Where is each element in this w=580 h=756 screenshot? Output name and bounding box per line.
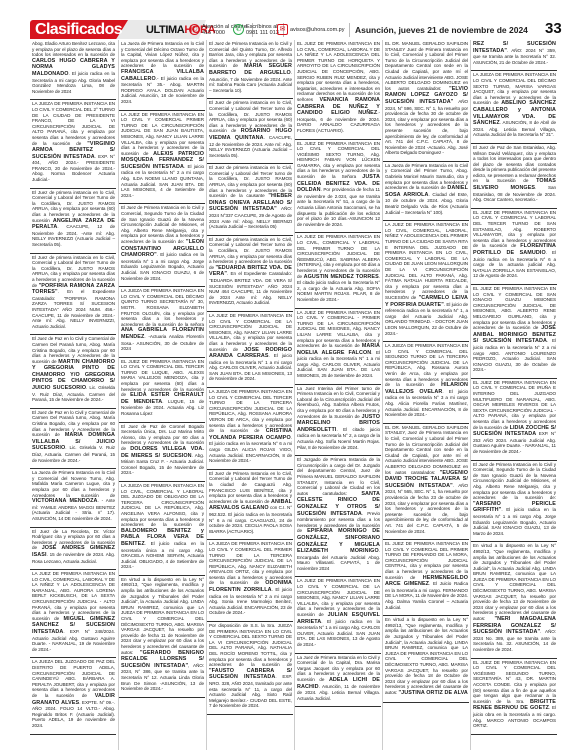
deceased-name: EPIFARIA MORINIGO DE GONZÁLEZ, SINFORIAN… [297,528,380,554]
notice-code [32,522,115,525]
column-5: EL DR. MANUEL GERALDO SAIFILDIN STANLEY … [382,40,469,750]
notice-code [385,336,468,339]
legal-notice: El Juez de primera instancia en lo Civil… [207,99,293,164]
legal-notice: REZ S/ SUCESIÓN INTESTADA". AÑO: 2024 N°… [471,40,557,71]
notice-text: En virtud a lo dispuesto en la Ley N° 49… [473,543,556,621]
legal-notice: LA JUEZ DE PRIMERA INSTANCIA EN LO CIVIL… [207,312,293,388]
notice-code [32,329,115,332]
notice-text: LA JUEZA DE PRIMERA INSTANCIA EN LO CIVI… [385,343,468,387]
notice-code [121,570,204,573]
legal-notice: El Juez de Paz de Coronel Bogado Secreta… [119,423,205,482]
logo-part-ultima: ULTIMA [146,24,184,36]
legal-notice: La Juez Interina del Primer turno de Pri… [295,385,381,457]
notice-text: La Jueza de Primera Instancia en lo Civi… [121,41,204,68]
notice-code [473,138,556,141]
legal-notice: EL JUEZ DE PRIMERA INSTANCIA EN LO CIVIL… [471,209,557,285]
phone-icon: ✆ [189,24,200,35]
envelope-icon: ✉ [277,24,288,35]
notice-code [209,93,292,96]
legal-notice: Abog. Eladio Arturo Benítez Lezcano, cit… [30,40,116,100]
page-header: Clasificados ULTIMAHORA ✆ Atención al cl… [0,0,580,40]
notice-text: . AÑO 2024, N° 565, SEC. N° 1, ha resuel… [385,483,468,534]
legal-notice: La Jueza de Primera Instancia en lo Civi… [119,40,205,111]
notice-code [385,418,468,421]
notice-code [209,534,292,537]
notice-code [32,729,115,732]
legal-notice: En virtud a lo dispuesto en la Ley N° 49… [383,616,469,702]
notice-text: LA JUEZ DE PRIMERA INSTANCIA EN LO CIVIL… [121,112,204,156]
legal-notice: LA JUEZ DE PRIMERA INSTANCIA EN LO CIVIL… [295,577,381,653]
legal-notice: LA JUEZ DE PRIMERA INSTANCIA EN LO CIVIL… [30,570,116,658]
notice-code [32,564,115,567]
notice-code [473,279,556,282]
notice-code [209,158,292,161]
notice-code [32,183,115,186]
legal-notice: El Juez de primera instancia en lo Civil… [30,189,116,254]
email-address: avisos@uhora.com.py [290,27,345,33]
notice-code [297,701,380,704]
legal-notice: LA JUEZA DEL JUZGADO DE PAZ DEL DISTRITO… [30,658,116,734]
section-title: Clasificados [35,20,122,39]
notice-code [297,227,380,230]
notice-code [297,648,380,651]
notice-code [209,709,292,712]
legal-notice: LA JUEZA DE PRIMERA INSTANCIA EN LO CIVI… [30,100,116,188]
legal-notice: EL JUEZ DE PRIMERA INSTANCIA EN LO CIVIL… [471,379,557,461]
legal-notice: El Juez de Primera Instancia en lo Civil… [119,204,205,287]
notice-code [209,464,292,467]
email-contact: ✉ avisos@uhora.com.py [277,21,350,38]
notice-code [385,610,468,613]
notice-code [473,455,556,458]
legal-notice: El Juez de primera instancia en lo Civil… [207,236,293,312]
notice-text: LA JUEZA DE PRIMERA INSTANCIA EN LO CIVI… [121,288,204,327]
notice-text: Abog. Eladio Arturo Benítez Lezcano, cit… [32,41,115,57]
notice-code [297,134,380,137]
legal-notice: LA JUEZA DE PRIMERA INSTANCIA EN LO CIVI… [119,482,205,576]
notice-code [473,65,556,68]
legal-notice: LA JUEZA DE PRIMERA INSTANCIA EN LO CIVI… [119,287,205,358]
legal-notice: LA JUEZA DE PRIMERA INSTANCIA EN LO CIVI… [383,342,469,424]
notice-code [32,94,115,97]
notice-code [473,653,556,656]
notice-text: EL JUEZ DE PRIMERA INSTANCIA EN LO CIVIL… [473,380,556,430]
legal-notice: EL JUEZ DE PRIMERA INSTANCIA EN LO CIVIL… [383,540,469,616]
notice-code [473,203,556,206]
notice-text: LA JUEZA DE PRIMERA INSTANCIA EN LO CIVI… [209,541,292,585]
legal-notice: El Juez de Primera Instancia en lo Civil… [207,40,293,99]
notice-code [297,450,380,453]
legal-notice: El Juez de Primera Instancia en lo Civil… [471,461,557,543]
notice-text: El Juez de Primera Instancia en lo Civil… [473,462,556,501]
legal-notice: LA JUEZ DE PRIMERA INSTANCIA EN LO CIVIL… [295,233,381,308]
whatsapp-icon: ✆ [233,24,244,35]
legal-notice: EL JUEZ DE PRIMERA INSTANCIA EN LO CIVIL… [119,358,205,423]
phone-number: 415 7000 [202,30,225,36]
legal-notice: El Juzgado de Primera Instancia de la Ci… [295,456,381,577]
deceased-name: AGUSTIN MENDEZ TORRES [304,274,379,280]
notice-text: EL DR. MANUEL GERALDO SAIFILDIN STANLEY … [385,41,468,91]
column-6: REZ S/ SUCESIÓN INTESTADA". AÑO: 2024 N°… [470,40,557,750]
notice-code [473,729,556,732]
notice-code [32,463,115,466]
notice-text: La Jueza de Primera Instancia en lo Civi… [32,470,115,497]
dateline: Asunción, jueves 21 de noviembre de 2024 [355,25,528,35]
notice-text: En virtud a lo dispuesto en la Ley N° 49… [385,617,468,695]
legal-notice: La Jueza de Primera Instancia en lo Civi… [383,162,469,221]
notice-code [32,248,115,251]
column-4: EL JUEZ DE PRIMERA INSTANCIA EN LO CIVIL… [294,40,381,750]
notice-text: EL DR. MANUEL GERALDO SAIFILDIN STANLEY,… [385,425,468,475]
legal-notice: El Juez de primera instancia en lo Civil… [30,254,116,336]
notice-text: LA JUEZ DE PRIMERA INSTANCIA EN LO CIVIL… [385,222,468,300]
notice-code [297,379,380,382]
notice-text: LA JUEZ DE PRIMERA INSTANCIA EN LO CIVIL… [32,571,115,621]
legal-notice: LA JUEZ DE PRIMERA INSTANCIA EN LO CIVIL… [119,111,205,205]
legal-notice: El Juez de Paz de San Estanislao, Abg. W… [471,144,557,209]
masthead: Clasificados ULTIMAHORA [30,20,180,39]
page-number: 33 [545,20,562,37]
legal-notice: LA JUEZ DE PRIMERA INSTANCIA EN LO CIVIL… [295,309,381,385]
notice-text: LA JUEZA DE PRIMERA INSTANCIA EN LO CIVI… [121,483,204,527]
notice-code [32,403,115,406]
legal-notice: El Juez de primera instancia en lo Civil… [207,164,293,236]
notice-code [473,373,556,376]
legal-notice: EL JUEZ DE PRIMERA INSTANCIA EN LO CIVIL… [295,140,381,234]
notice-code [121,476,204,479]
legal-notice: El Juez de Paz en lo Civil y Comercial d… [30,409,116,469]
notice-text: En virtud a lo dispuesto en la Ley N° 49… [121,577,204,655]
notice-text: EL JUEZ DE PRIMERA INSTANCIA EN LO CIVIL… [473,286,556,330]
notice-code [385,156,468,159]
column-1: Abog. Eladio Arturo Benítez Lezcano, cit… [30,40,116,750]
notice-text: . Por providencia de fecha 11 de noviemb… [297,187,380,227]
notice-text: AÑO 2024, N° 596, SEC. N° 1, ha resuelto… [385,99,468,155]
legal-notice: LA JUEZA DE PRIMERA INSTANCIA EN LO CIVI… [207,540,293,622]
legal-notice: En virtud a lo dispuesto en la Ley N° 49… [119,576,205,698]
notice-code [121,692,204,695]
notice-code [32,652,115,655]
notice-code [473,536,556,539]
legal-notice: EL JUEZ DE PRIMERA INSTANCIA EN LO CIVIL… [471,659,557,735]
legal-notice: LA JUEZ DE PRIMERA INSTANCIA EN LO CIVIL… [383,221,469,342]
legal-notice: EL JUEZ DE PRIMERA INSTANCIA EN LO CIVIL… [471,285,557,379]
notice-code [121,105,204,108]
notice-code [297,571,380,574]
legal-notice: El Juez de La Recoleta, Dr. Víctor Rodrí… [30,528,116,571]
legal-notice: LA JUEZA DE PRIMERA INSTANCIA EN LO CIVI… [207,388,293,470]
column-2: La Jueza de Primera Instancia en lo Civi… [118,40,205,750]
notice-text: EL JUEZ DE PRIMERA INSTANCIA EN LO CIVIL… [473,660,556,704]
notice-code [209,230,292,233]
deceased-name: "JUSTINA ORTIZ DE ALVA [398,690,467,696]
classifieds-columns: Abog. Eladio Arturo Benítez Lezcano, cit… [30,40,558,756]
notice-code [385,215,468,218]
legal-notice: EL JUEZ DE PRIMERA INSTANCIA EN LO CIVIL… [295,40,381,140]
column-3: El Juez de Primera Instancia en lo Civil… [206,40,293,750]
notice-text: . En el Expediente Caratulado: "PORFIRIA… [32,289,115,329]
legal-notice: La Jueza de Primera Instancia en lo Civi… [30,469,116,527]
deceased-name: VICTORIANA MENDOZA [32,498,97,504]
notice-code [209,382,292,385]
notice-text: LA JUEZA DE PRIMERA INSTANCIA EN LO CIVI… [209,389,292,433]
notice-code [297,303,380,306]
legal-notice: Por disposición de S.S. la Sra. JUEZA DE… [207,622,293,715]
notice-code [121,281,204,284]
legal-notice: El Juez de Paz en lo Civil y Comercial d… [30,335,116,409]
notice-code [385,534,468,537]
notice-code [121,198,204,201]
notice-code [209,306,292,309]
whatsapp-number: 0981 111 013 [246,30,279,36]
notice-code [121,417,204,420]
legal-notice: EL DR. MANUEL GERALDO SAIFILDIN STANLEY … [383,40,469,162]
notice-text: Por disposición de S.S. la Sra. JUEZA DE… [209,623,292,667]
legal-notice: EL DR. MANUEL GERALDO SAIFILDIN STANLEY,… [383,424,469,540]
legal-notice: LA JUEZA DE PRIMERA INSTANCIA EN LO CIVI… [471,71,557,144]
legal-notice: En virtud a lo dispuesto en la Ley N° 49… [471,542,557,658]
notice-code [209,616,292,619]
notice-code [121,352,204,355]
notice-text: LA JUEZ DE PRIMERA INSTANCIA EN LO CIVIL… [297,234,380,278]
notice-text: LA JUEZA DE PRIMERA INSTANCIA EN LO CIVI… [32,101,115,145]
legal-notice: El Juez de Primera Instancia en lo Civil… [207,470,293,541]
notice-text: EL JUEZ DE PRIMERA INSTANCIA EN LO CIVIL… [297,41,380,102]
legal-notice: La Juez de Primera Instancia en lo Civil… [295,654,381,708]
divider [349,23,350,37]
notice-code [385,697,468,700]
